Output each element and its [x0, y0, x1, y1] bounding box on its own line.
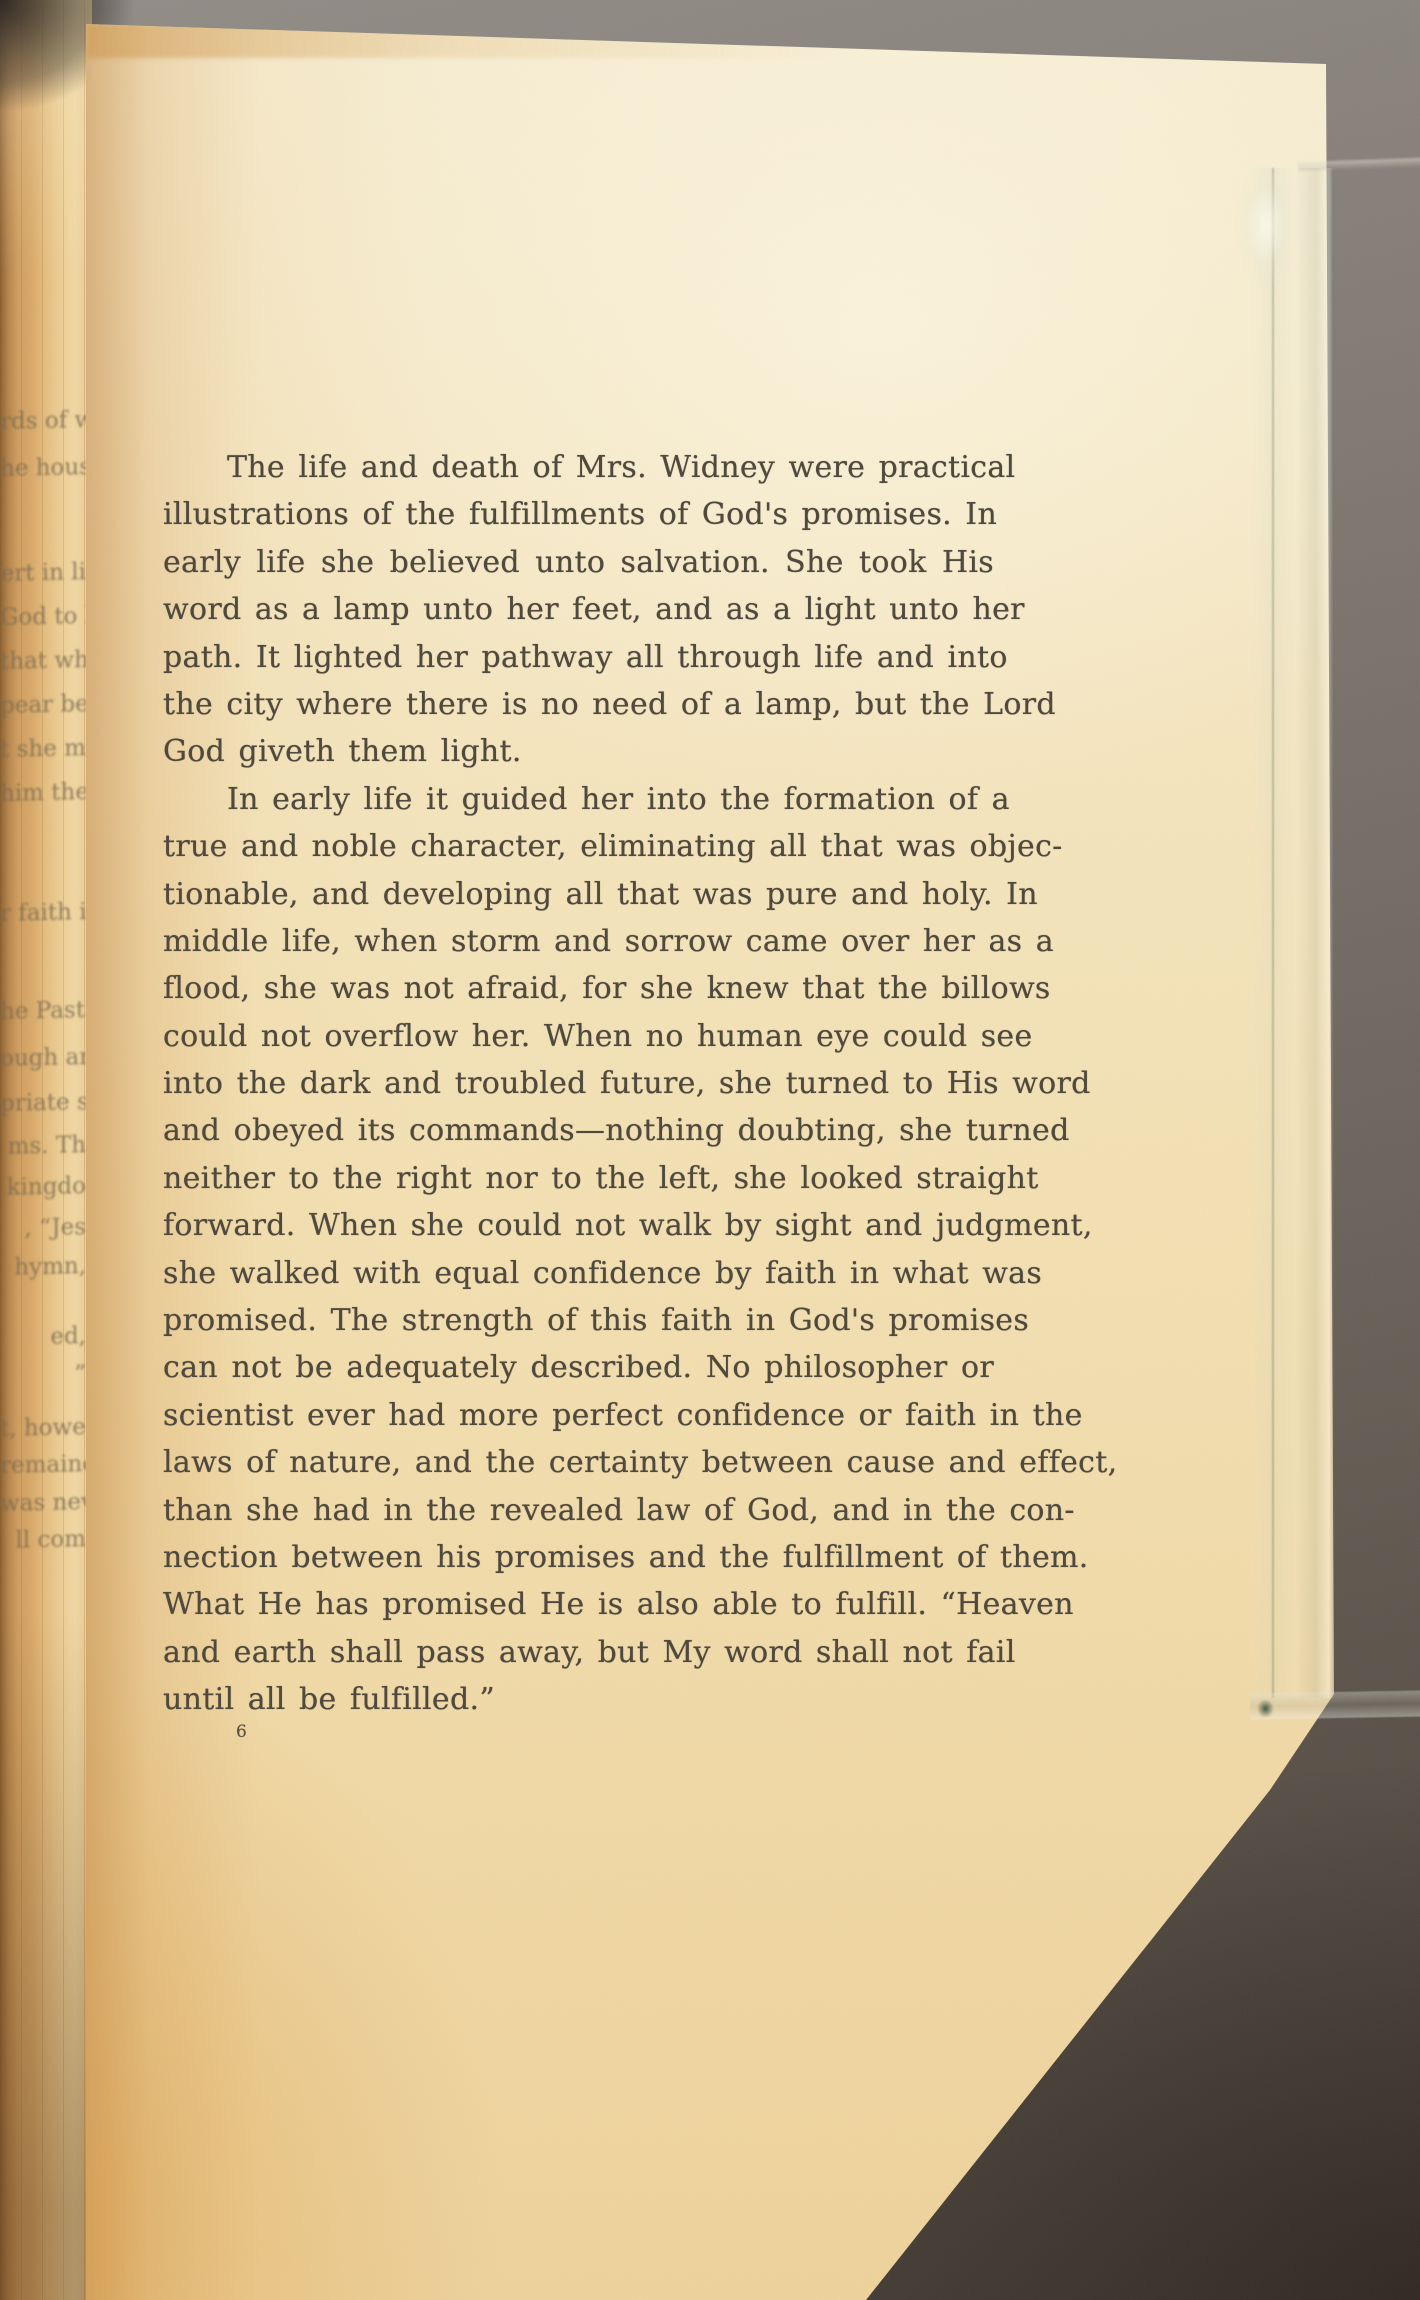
previous-page-text-fragment: ed, — [0, 1323, 86, 1351]
previous-page-text-fragment: rds of w — [0, 407, 86, 435]
glass-corner-dot — [1257, 1699, 1274, 1718]
text-line: flood, she was not afraid, for she knew … — [163, 965, 994, 1012]
text-line: into the dark and troubled future, she t… — [163, 1060, 994, 1107]
text-line: The life and death of Mrs. Widney were p… — [163, 444, 994, 491]
previous-page-text-fragment: t she m — [0, 735, 86, 763]
text-line: she walked with equal confidence by fait… — [163, 1250, 994, 1297]
text-line: neither to the right nor to the left, sh… — [163, 1155, 994, 1202]
previous-page-text-fragment: ” — [0, 1361, 86, 1389]
previous-page-text-fragment: was neve — [0, 1489, 86, 1517]
previous-page-text-fragment: pear bef — [0, 691, 86, 719]
previous-page-text-fragment: ert in li — [0, 559, 86, 587]
photo-background: rds of whe houseert in liGod to bthat wh… — [0, 0, 1420, 2300]
previous-page-text-fragment: r faith i — [0, 899, 86, 927]
text-line: can not be adequately described. No phil… — [163, 1344, 994, 1391]
text-line: true and noble character, eliminating al… — [163, 823, 994, 870]
previous-page-text-fragment: , “Jes — [0, 1214, 86, 1242]
text-line: laws of nature, and the certainty betwee… — [163, 1439, 994, 1486]
previous-page-text-fragment: ough an — [0, 1044, 86, 1072]
text-line: What He has promised He is also able to … — [163, 1581, 994, 1628]
text-line: In early life it guided her into the for… — [163, 776, 994, 823]
previous-page-text-fragment: ms. Th — [0, 1132, 86, 1160]
text-line: early life she believed unto salvation. … — [163, 539, 994, 586]
text-line: God giveth them light. — [163, 728, 994, 775]
text-line: tionable, and developing all that was pu… — [163, 871, 994, 918]
page-text-block: The life and death of Mrs. Widney were p… — [163, 444, 994, 1724]
previous-page-text-fragment: he house — [0, 454, 86, 482]
text-line: and obeyed its commands—nothing doubting… — [163, 1107, 994, 1154]
previous-page-text-fragment: t, howev — [0, 1414, 86, 1442]
text-line: scientist ever had more perfect confiden… — [163, 1392, 994, 1439]
text-line: could not overflow her. When no human ey… — [163, 1013, 994, 1060]
previous-page-text-fragment: that wh — [0, 647, 86, 675]
text-line: nection between his promises and the ful… — [163, 1534, 994, 1581]
previous-page-text-fragment: he Pasto — [0, 997, 86, 1025]
text-line: forward. When she could not walk by sigh… — [163, 1202, 994, 1249]
previous-page-text-fragment: ll com — [0, 1526, 86, 1554]
text-line: than she had in the revealed law of God,… — [163, 1487, 994, 1534]
glass-sheet-right-edge — [1250, 168, 1334, 1698]
previous-page-text-fragment: hymn, — [0, 1253, 86, 1281]
previous-page-text-fragment: priate s — [0, 1089, 86, 1117]
previous-page-text-fragment: him the — [0, 779, 86, 807]
text-line: promised. The strength of this faith in … — [163, 1297, 994, 1344]
text-line: and earth shall pass away, but My word s… — [163, 1629, 994, 1676]
text-line: the city where there is no need of a lam… — [163, 681, 994, 728]
previous-page-text-fragment: kingdo — [0, 1173, 86, 1201]
book-page: The life and death of Mrs. Widney were p… — [0, 0, 1420, 2300]
page-top-edge — [86, 24, 886, 58]
glass-corner-highlight — [1234, 160, 1298, 290]
text-line: illustrations of the fulfillments of God… — [163, 491, 994, 538]
text-line: middle life, when storm and sorrow came … — [163, 918, 994, 965]
text-line: until all be fulfilled.” — [163, 1676, 994, 1723]
previous-page-text-fragment: God to b — [0, 603, 86, 631]
text-line: word as a lamp unto her feet, and as a l… — [163, 586, 994, 633]
signature-mark: 6 — [236, 1722, 247, 1742]
glass-sheet-bottom-edge — [1250, 1691, 1420, 1720]
previous-page-text-fragment: remained — [0, 1451, 86, 1479]
text-line: path. It lighted her pathway all through… — [163, 634, 994, 681]
